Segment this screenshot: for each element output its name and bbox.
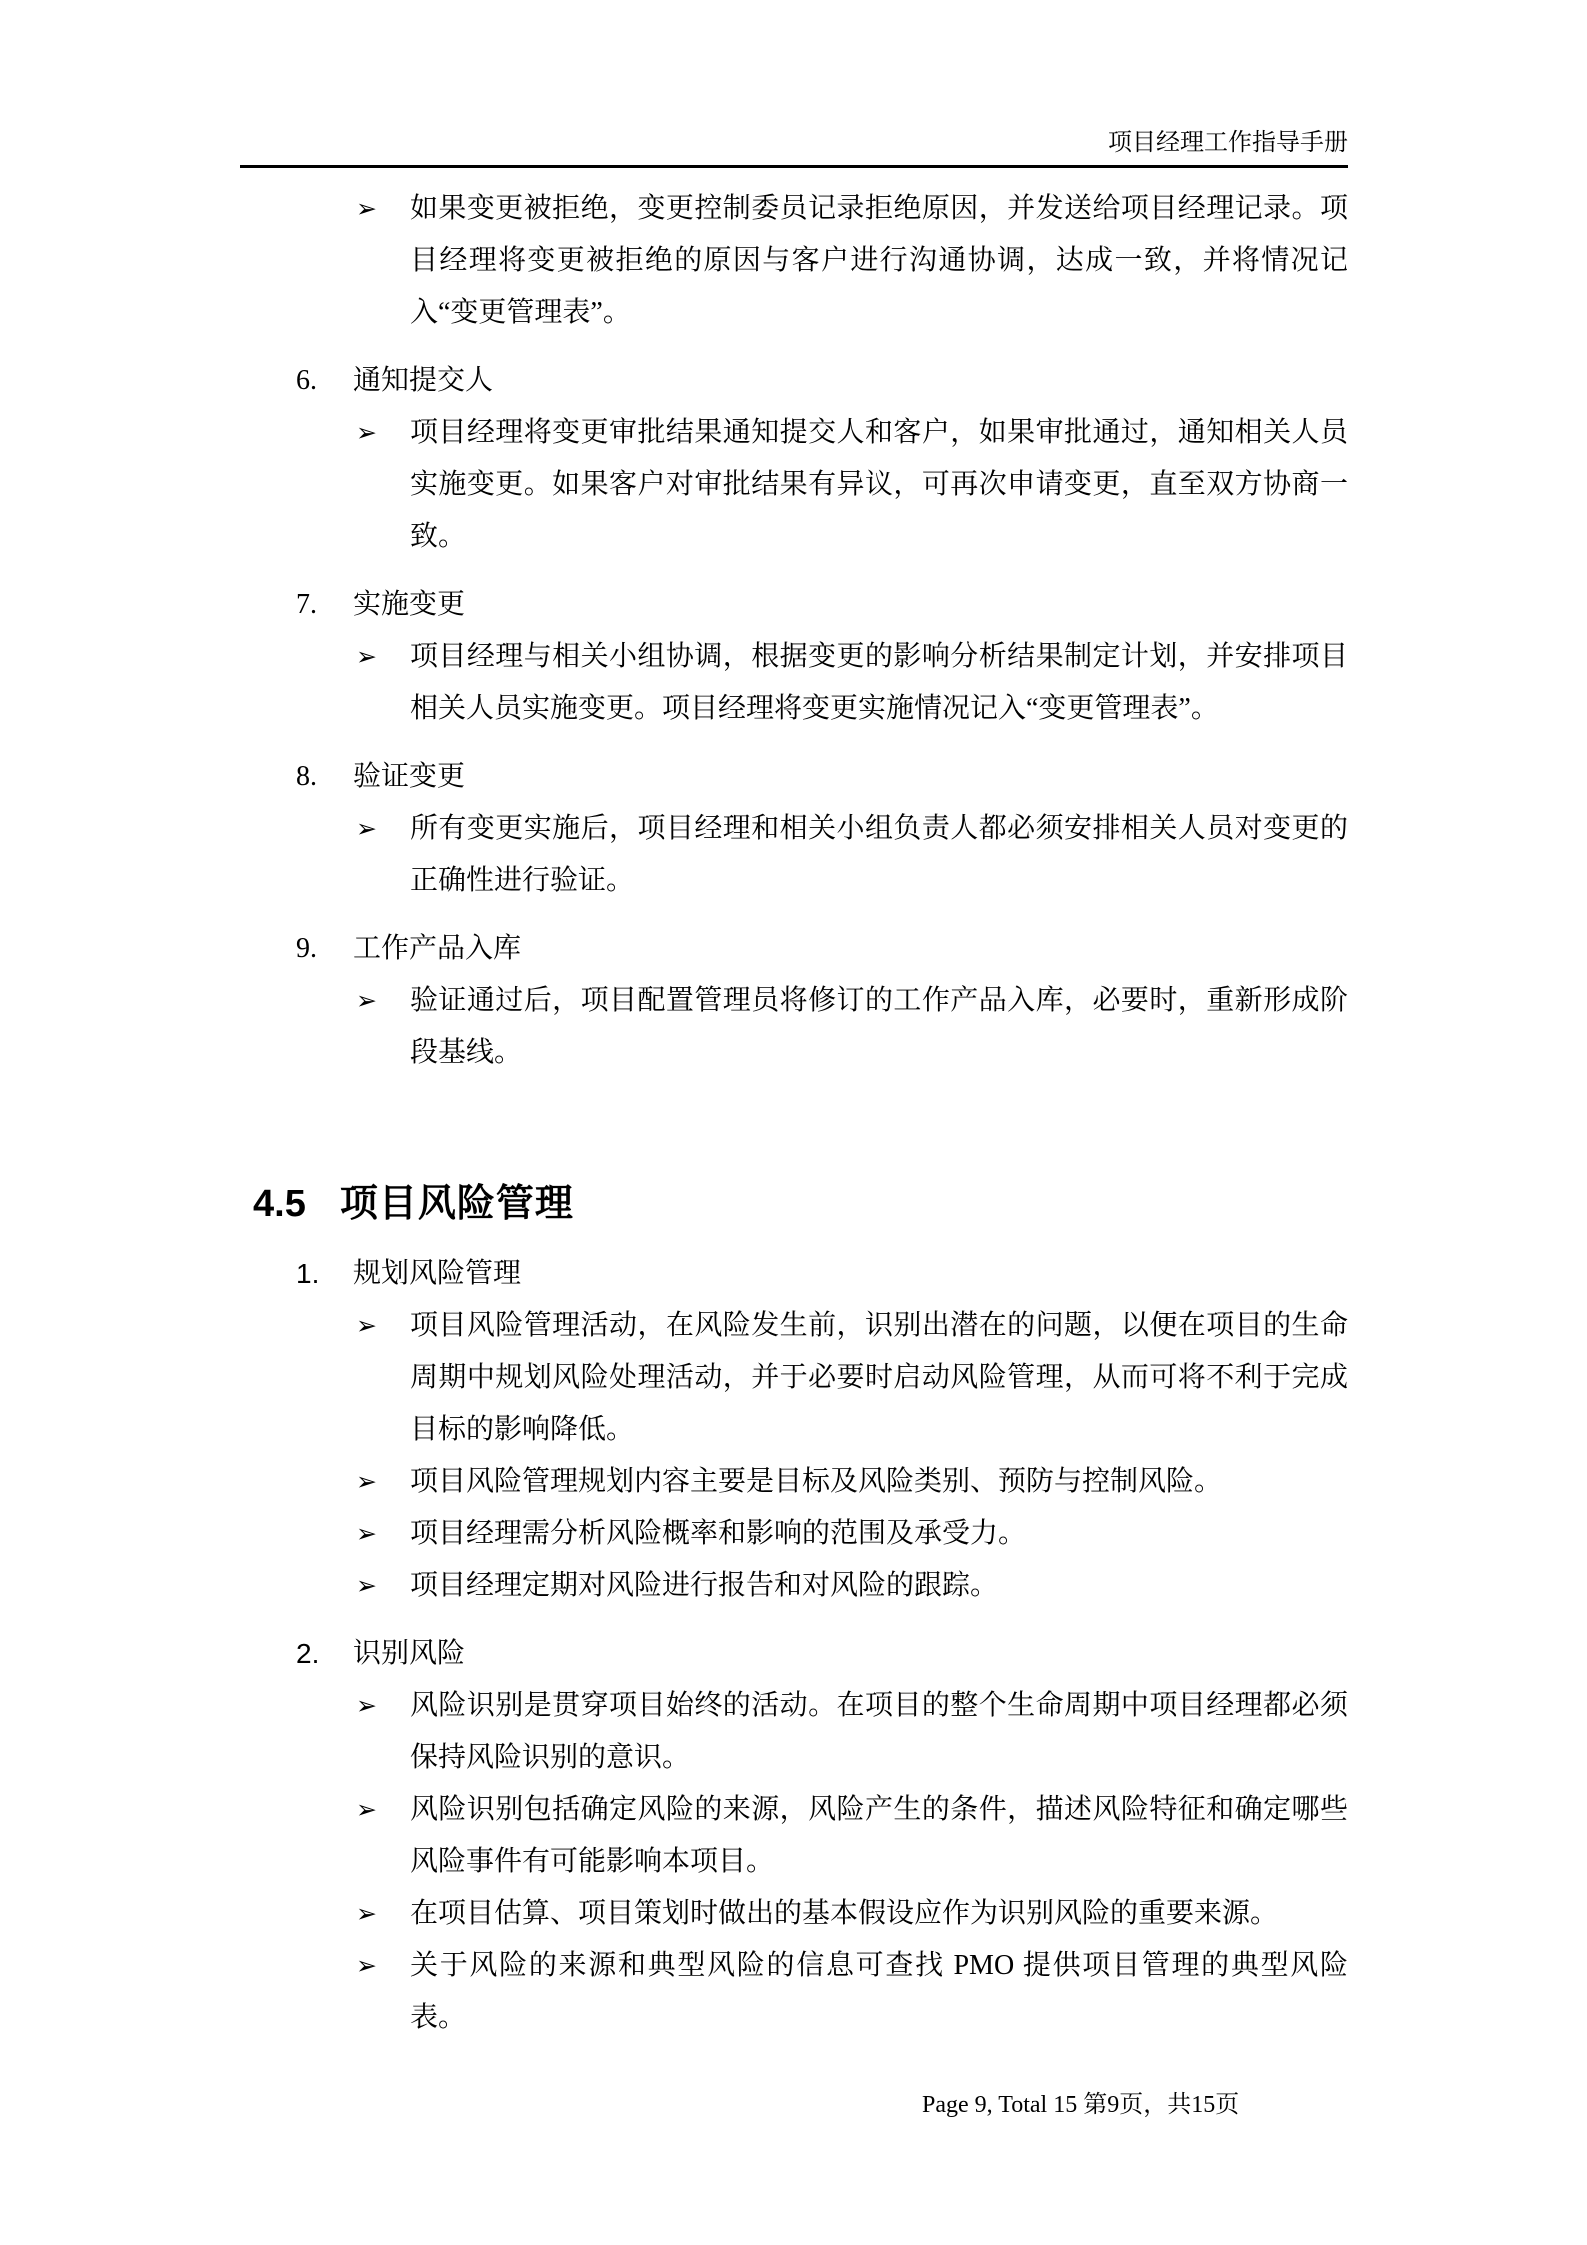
document-page: 项目经理工作指导手册 ➢ 如果变更被拒绝，变更控制委员记录拒绝原因，并发送给项目…: [0, 0, 1587, 2245]
bullet-arrow-icon: ➢: [356, 975, 377, 1027]
bullet-item: ➢ 项目风险管理活动，在风险发生前，识别出潜在的问题，以便在项目的生命周期中规划…: [0, 1300, 1587, 1456]
bullet-item: ➢ 所有变更实施后，项目经理和相关小组负责人都必须安排相关人员对变更的正确性进行…: [0, 803, 1587, 907]
bullet-text: 所有变更实施后，项目经理和相关小组负责人都必须安排相关人员对变更的正确性进行验证…: [410, 813, 1348, 896]
section-heading: 4.5项目风险管理: [0, 1176, 1587, 1232]
numbered-item-2: 2. 识别风险: [0, 1628, 1587, 1680]
bullet-arrow-icon: ➢: [356, 631, 377, 683]
bullet-item: ➢ 项目风险管理规划内容主要是目标及风险类别、预防与控制风险。: [0, 1456, 1587, 1508]
numbered-item-7: 7. 实施变更: [0, 579, 1587, 631]
bullet-item: ➢ 验证通过后，项目配置管理员将修订的工作产品入库，必要时，重新形成阶段基线。: [0, 975, 1587, 1079]
bullet-text: 关于风险的来源和典型风险的信息可查找 PMO 提供项目管理的典型风险表。: [410, 1950, 1348, 2033]
bullet-arrow-icon: ➢: [356, 1888, 377, 1940]
bullet-text: 项目经理将变更审批结果通知提交人和客户，如果审批通过，通知相关人员实施变更。如果…: [410, 417, 1348, 552]
footer-page-info: Page 9, Total 15 第9页，共15页: [922, 2092, 1239, 2118]
bullet-text: 项目经理与相关小组协调，根据变更的影响分析结果制定计划，并安排项目相关人员实施变…: [410, 641, 1348, 724]
header-rule: [240, 165, 1348, 168]
bullet-text: 在项目估算、项目策划时做出的基本假设应作为识别风险的重要来源。: [410, 1898, 1278, 1929]
bullet-arrow-icon: ➢: [356, 803, 377, 855]
bullet-arrow-icon: ➢: [356, 1560, 377, 1612]
item-number: 7.: [296, 579, 317, 631]
bullet-text: 风险识别包括确定风险的来源，风险产生的条件，描述风险特征和确定哪些风险事件有可能…: [410, 1794, 1348, 1877]
item-label: 工作产品入库: [353, 933, 521, 964]
bullet-arrow-icon: ➢: [356, 1680, 377, 1732]
bullet-arrow-icon: ➢: [356, 183, 377, 235]
item-label: 验证变更: [353, 761, 465, 792]
bullet-item: ➢ 在项目估算、项目策划时做出的基本假设应作为识别风险的重要来源。: [0, 1888, 1587, 1940]
bullet-item: ➢ 风险识别包括确定风险的来源，风险产生的条件，描述风险特征和确定哪些风险事件有…: [0, 1784, 1587, 1888]
item-number: 8.: [296, 751, 317, 803]
item-number: 1.: [296, 1248, 319, 1300]
section-title: 项目风险管理: [340, 1183, 574, 1225]
bullet-item: ➢ 项目经理与相关小组协调，根据变更的影响分析结果制定计划，并安排项目相关人员实…: [0, 631, 1587, 735]
bullet-text: 项目经理需分析风险概率和影响的范围及承受力。: [410, 1518, 1026, 1549]
item-label: 实施变更: [353, 589, 465, 620]
bullet-text: 项目风险管理活动，在风险发生前，识别出潜在的问题，以便在项目的生命周期中规划风险…: [410, 1310, 1348, 1445]
bullet-item: ➢ 项目经理需分析风险概率和影响的范围及承受力。: [0, 1508, 1587, 1560]
header-title: 项目经理工作指导手册: [1108, 130, 1348, 156]
bullet-arrow-icon: ➢: [356, 1784, 377, 1836]
numbered-item-9: 9. 工作产品入库: [0, 923, 1587, 975]
item-number: 2.: [296, 1628, 319, 1680]
numbered-item-8: 8. 验证变更: [0, 751, 1587, 803]
item-number: 6.: [296, 355, 317, 407]
numbered-item-1: 1. 规划风险管理: [0, 1248, 1587, 1300]
bullet-arrow-icon: ➢: [356, 407, 377, 459]
numbered-item-6: 6. 通知提交人: [0, 355, 1587, 407]
bullet-text: 验证通过后，项目配置管理员将修订的工作产品入库，必要时，重新形成阶段基线。: [410, 985, 1348, 1068]
page-content: ➢ 如果变更被拒绝，变更控制委员记录拒绝原因，并发送给项目经理记录。项目经理将变…: [0, 183, 1587, 2044]
page-header: 项目经理工作指导手册: [0, 128, 1348, 158]
bullet-text: 风险识别是贯穿项目始终的活动。在项目的整个生命周期中项目经理都必须保持风险识别的…: [410, 1690, 1348, 1773]
bullet-item: ➢ 项目经理将变更审批结果通知提交人和客户，如果审批通过，通知相关人员实施变更。…: [0, 407, 1587, 563]
item-label: 规划风险管理: [353, 1258, 521, 1289]
item-label: 识别风险: [353, 1638, 465, 1669]
bullet-text: 项目风险管理规划内容主要是目标及风险类别、预防与控制风险。: [410, 1466, 1222, 1497]
section-number: 4.5: [253, 1183, 306, 1225]
bullet-arrow-icon: ➢: [356, 1456, 377, 1508]
bullet-item: ➢ 风险识别是贯穿项目始终的活动。在项目的整个生命周期中项目经理都必须保持风险识…: [0, 1680, 1587, 1784]
bullet-item: ➢ 项目经理定期对风险进行报告和对风险的跟踪。: [0, 1560, 1587, 1612]
bullet-item: ➢ 如果变更被拒绝，变更控制委员记录拒绝原因，并发送给项目经理记录。项目经理将变…: [0, 183, 1587, 339]
item-label: 通知提交人: [353, 365, 493, 396]
bullet-arrow-icon: ➢: [356, 1940, 377, 1992]
page-footer: Page 9, Total 15 第9页，共15页: [922, 2090, 1239, 2120]
bullet-arrow-icon: ➢: [356, 1508, 377, 1560]
bullet-text: 项目经理定期对风险进行报告和对风险的跟踪。: [410, 1570, 998, 1601]
bullet-text: 如果变更被拒绝，变更控制委员记录拒绝原因，并发送给项目经理记录。项目经理将变更被…: [410, 193, 1348, 328]
item-number: 9.: [296, 923, 317, 975]
bullet-arrow-icon: ➢: [356, 1300, 377, 1352]
bullet-item: ➢ 关于风险的来源和典型风险的信息可查找 PMO 提供项目管理的典型风险表。: [0, 1940, 1587, 2044]
